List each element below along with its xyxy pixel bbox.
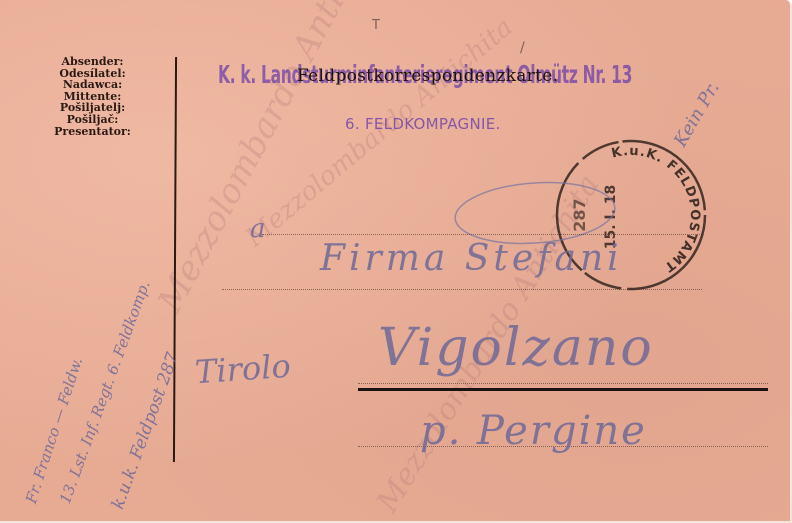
sender-label: Presentator: — [40, 126, 145, 138]
sender-labels: Absender: Odesílatel: Nadawca: Mittente:… — [40, 56, 145, 137]
postmark-ring-text: K.u.K. FELDPOSTAMT — [610, 144, 702, 275]
sender-label: Pošiljač: — [40, 114, 145, 126]
address-region: Tirolo — [194, 347, 292, 392]
pencil-mark: / — [520, 40, 525, 56]
address-line — [262, 234, 702, 235]
svg-text:K.u.K. FELDPOSTAMT: K.u.K. FELDPOSTAMT — [610, 144, 702, 275]
address-line — [358, 383, 768, 384]
address-recipient: Firma Stefani — [320, 238, 623, 279]
town-underline — [358, 388, 768, 391]
pencil-mark: T — [372, 18, 380, 33]
address-post-office: p. Pergine — [420, 408, 647, 454]
postcard: Mezzolombardo Antichita Mezzolombardo An… — [0, 0, 792, 523]
address-salutation: a — [250, 214, 266, 244]
sender-label: Absender: — [40, 56, 145, 68]
address-line — [222, 289, 702, 290]
address-town: Vigolzano — [378, 318, 654, 378]
card-title: Feldpostkorrespondenzkarte. — [297, 66, 558, 86]
company-stamp: 6. FELDKOMPAGNIE. — [345, 115, 501, 133]
